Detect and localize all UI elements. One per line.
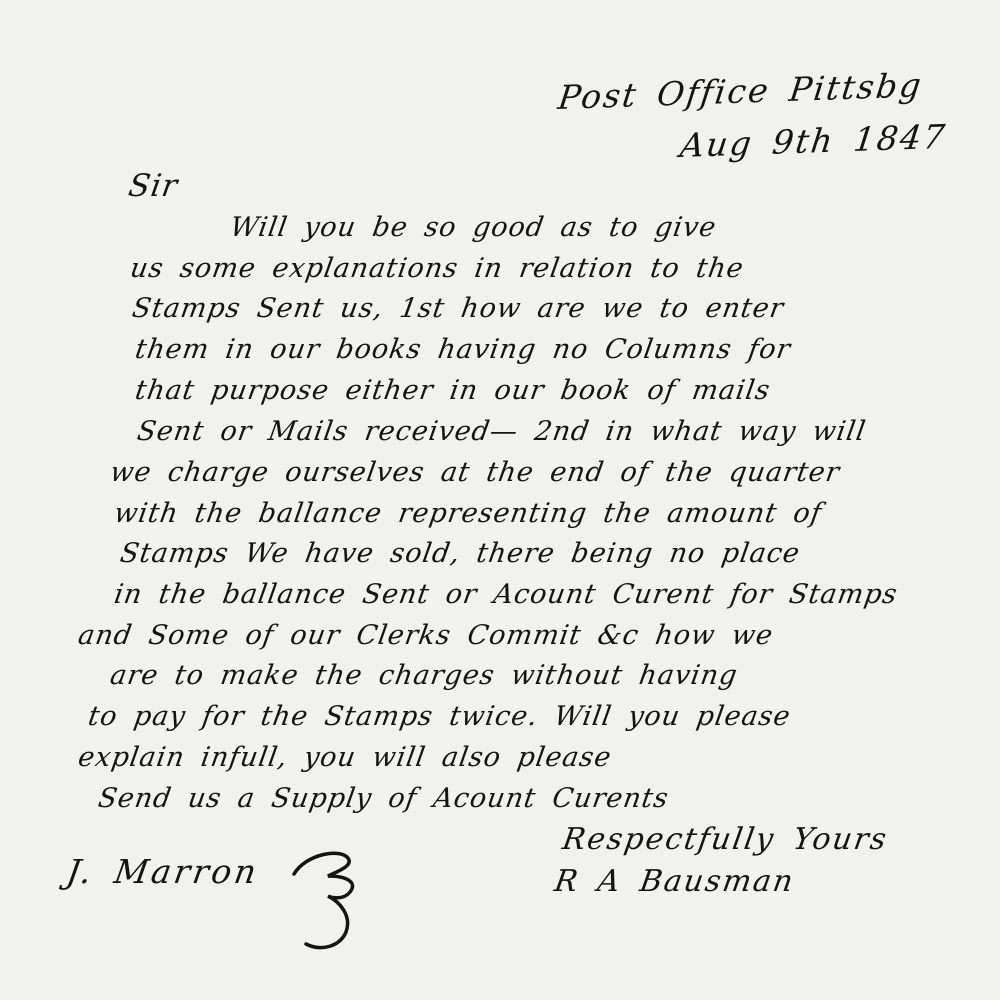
body-line: Stamps Sent us, 1st how are we to enter (130, 293, 786, 324)
body-line: Will you be so good as to give (228, 212, 719, 243)
body-line: we charge ourselves at the end of the qu… (108, 457, 842, 488)
closing: Respectfully Yours (560, 822, 891, 857)
body-line: Send us a Supply of Acount Curents (96, 783, 671, 814)
salutation: Sir (126, 168, 181, 204)
addressee: J. Marron (64, 852, 262, 891)
body-line: Stamps We have sold, there being no plac… (118, 538, 802, 569)
body-line: are to make the charges without having (108, 660, 740, 691)
signature: R A Bausman (552, 864, 797, 899)
body-line: us some explanations in relation to the (128, 253, 746, 284)
body-line: in the ballance Sent or Acount Curent fo… (112, 579, 900, 610)
signature-flourish-icon (288, 846, 378, 956)
body-line: to pay for the Stamps twice. Will you pl… (86, 701, 793, 732)
body-line: with the ballance representing the amoun… (112, 498, 824, 529)
body-line: that purpose either in our book of mails (133, 375, 773, 406)
heading-date: Aug 9th 1847 (678, 117, 949, 165)
heading-place: Post Office Pittsbg (556, 65, 925, 117)
body-line: and Some of our Clerks Commit &c how we (76, 620, 775, 651)
body-line: Sent or Mails received— 2nd in what way … (135, 416, 868, 447)
body-line: explain infull, you will also please (76, 742, 614, 773)
body-line: them in our books having no Columns for (133, 334, 793, 365)
letter-page: Post Office Pittsbg Aug 9th 1847 Sir Wil… (0, 0, 1000, 1000)
